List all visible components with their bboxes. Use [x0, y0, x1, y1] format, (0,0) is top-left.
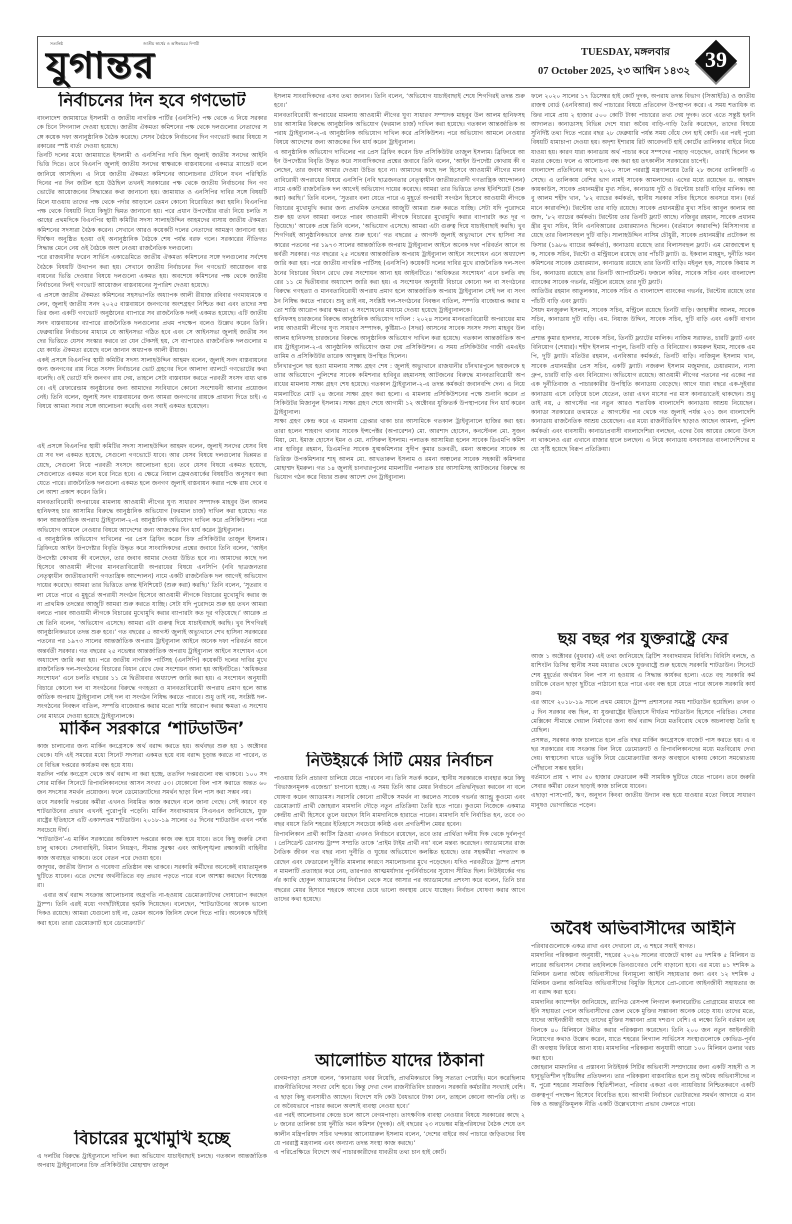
- paragraph: এ আনুষ্ঠানিক অভিযোগ দাখিলের পর প্রেস ব্র…: [274, 148, 525, 315]
- headline: আলোচিত যাদের ঠিকানা: [274, 1052, 525, 1074]
- paragraph: আজ ১ অক্টোবর (বুধবার) এই তথ্য জানিয়েছে …: [531, 652, 755, 698]
- article-return-us: ছয় বছর পর যুক্তরাষ্ট্রে ফের আজ ১ অক্টোব…: [531, 630, 755, 920]
- paragraph: সৈয়দ মনজুরুল ইসলাম, সাবেক সচিব, মন্ট্রি…: [531, 306, 755, 334]
- column-2: ইসলাম সাংবাদিকদের এসব তথ্য জানান। তিনি ব…: [274, 92, 525, 1194]
- paragraph: বর্তমানে প্রায় ৭ লাখ ৫০ হাজার ফেডারেল ক…: [531, 773, 755, 792]
- paragraph: এই প্রসঙ্গে বিএনপির স্থায়ী কমিটির সদস্য…: [37, 442, 267, 498]
- paragraph: এ আনুষ্ঠানিক অভিযোগ দাখিলের পর প্রেস ব্র…: [37, 535, 267, 721]
- page-number-badge: 39: [695, 40, 737, 82]
- paragraph: চাঁনখারপুলে ছয় হত্যা মামলায় সাক্ষ্য গ্…: [274, 362, 525, 418]
- paragraph: এবার অর্থ বরাদ্দ সংক্রান্ত আলোচনায় অগ্র…: [37, 891, 267, 928]
- paragraph: ফলে ২০২০ সালের ১৭ ডিসেম্বর হাই কোর্ট দুদ…: [531, 92, 755, 166]
- masthead: সত্যনিষ্ঠ জাতীয় স্বার্থের ও অধিকারের দি…: [37, 36, 750, 88]
- paragraph: পাওয়ায় তিনি প্রচারণা চালিয়ে যেতে পারব…: [274, 774, 525, 830]
- paragraph: রিপাবলিকান প্রার্থী কার্টিস স্লিওয়া এখন…: [274, 830, 525, 904]
- article-us-shutdown: মার্কিন সরকারে ‘শাটডাউন’ কাজ চালানোর জন্…: [37, 720, 267, 1080]
- paragraph: কাজ চালানোর জন্য মার্কিন কংগ্রেসকে অর্থ …: [37, 742, 267, 770]
- paragraph: প্রসঙ্গত, সরকার কাজ চালাতে হলে প্রতি বছর…: [531, 736, 755, 773]
- headline: মার্কিন সরকারে ‘শাটডাউন’: [37, 720, 267, 742]
- article-nyc-mayor: নিউইয়র্কে সিটি মেয়র নির্বাচন পাওয়ায় …: [274, 752, 525, 1052]
- paragraph: মামদানির ক্যাম্পেইন জানিয়েছে, র‍্যাপিড …: [531, 998, 755, 1063]
- paragraph: এ দলটির বিরুদ্ধে ট্রাইব্যুনালে দাখিল করা…: [37, 1152, 267, 1171]
- paragraph: আতিউর রহমান আতুলকার, সাবেক সচিব ও বাংলাদ…: [531, 287, 755, 306]
- headline: ছয় বছর পর যুক্তরাষ্ট্রে ফের: [531, 630, 755, 652]
- paragraph: মামদানির পরিকল্পনা অনুযায়ী, শহরের ২০২৬ …: [531, 951, 755, 997]
- paragraph: ‘শাটডাউন’-এ মার্কিন সরকারের অধিকাংশ দপ্ত…: [37, 835, 267, 863]
- paragraph: পরিবারগুলোকে একত্র রাখা এবং দেখানো যে, এ…: [531, 942, 755, 951]
- article-trial-cont: ইসলাম সাংবাদিকদের এসব তথ্য জানান। তিনি ব…: [274, 92, 525, 747]
- paragraph: পরে রাজধানীর ফরেন সার্ভিস একাডেমিতে জাতী…: [37, 253, 267, 290]
- paragraph: জাদুঘর, জাতীয় উদ্যান ও গবেষণা প্রতিষ্ঠা…: [37, 863, 267, 891]
- paragraph: তিনটি দলের মধ্যে জামায়াতে ইসলামী ও এনসি…: [37, 151, 267, 253]
- paragraph: হানিফসহ চারজনের বিরুদ্ধে আনুষ্ঠানিক অভিয…: [274, 315, 525, 361]
- paragraph: এ প্রসঙ্গে জাতীয় ঐকমত্য কমিশনের সহসভাপত…: [37, 291, 267, 356]
- page-number: 39: [695, 47, 737, 73]
- newspaper-logo: যুগান্তর: [46, 42, 155, 88]
- issue-full-date: 07 October 2025, ২৩ আশ্বিন ১৪৩২: [538, 64, 690, 81]
- article-addresses: আলোচিত যাদের ঠিকানা বেগমপাড়া প্রসঙ্গে ব…: [274, 1052, 525, 1194]
- headline: নির্বাচনের দিন হবে গণভোট: [37, 92, 267, 114]
- paragraph: যতদিন পর্যন্ত কংগ্রেস থেকে অর্থ বরাদ্দ ন…: [37, 770, 267, 798]
- article-illegal-immigrants: অবৈধ অভিবাসীদের আইনি পরিবারগুলোকে একত্র …: [531, 920, 755, 1194]
- issue-day: TUESDAY, মঙ্গলবার: [581, 45, 670, 62]
- paragraph: একই প্রসঙ্গে বিএনপির স্থায়ী কমিটির সদস্…: [37, 356, 267, 412]
- paragraph: এ পরিপ্রেক্ষিতে বিদেশে অর্থ পাচারকারীদের…: [274, 1148, 525, 1157]
- paragraph: মানবতাবিরোধী অপরাধের মামলায় আওয়ামী লীগ…: [274, 111, 525, 148]
- paragraph: এছাড়া পাসপোর্ট, ঋণ, অনুদান কিংবা জাতীয়…: [531, 791, 755, 810]
- paragraph: জোহরান মামদানির এ প্রস্তাবনা নিউইয়র্ক স…: [531, 1063, 755, 1109]
- article-trial: বিচারের মুখোমুখি হচ্ছে এ দলটির বিরুদ্ধে …: [37, 1130, 267, 1190]
- paragraph: তবে সরকারি দপ্তরের কর্মীরা এখনও নিয়মিত …: [37, 798, 267, 835]
- column-1: নির্বাচনের দিন হবে গণভোট বাংলাদেশ জামায়…: [37, 92, 267, 1194]
- paragraph: বাংলাদেশ প্রতিদিনের কাছে ২০২০ সালে পররাষ…: [531, 166, 755, 287]
- paragraph: বাংলাদেশ জামায়াতে ইসলামী ও জাতীয় নাগরি…: [37, 114, 267, 151]
- headline: বিচারের মুখোমুখি হচ্ছে: [37, 1130, 267, 1152]
- paragraph: সাক্ষ্য গ্রহণ কেন্দ্র করে এ মামলায় গ্রে…: [274, 417, 525, 482]
- paragraph: প্রশান্ত কুমার হালদার, সাবেক সচিব, তিনটি…: [531, 334, 755, 455]
- paragraph: ইসলাম সাংবাদিকদের এসব তথ্য জানান। তিনি ব…: [274, 92, 525, 111]
- paragraph: বেগমপাড়া প্রসঙ্গে বলেন, ‘কানাডায় খবর ন…: [274, 1074, 525, 1111]
- paragraph: এর আগে ২০১৮-১৯ সালে প্রথম মেয়াদে ট্রাম্…: [531, 698, 755, 735]
- paragraph: এর পরই আলোচনার কেন্দ্রে চলে আসে বেগমপাড়…: [274, 1111, 525, 1148]
- article-addresses-cont: ফলে ২০২০ সালের ১৭ ডিসেম্বর হাই কোর্ট দুদ…: [531, 92, 755, 627]
- headline: নিউইয়র্কে সিটি মেয়র নির্বাচন: [274, 752, 525, 774]
- paragraph: মানবতাবিরোধী অপরাধের মামলায় আওয়ামী লীগ…: [37, 498, 267, 535]
- article-election-day: নির্বাচনের দিন হবে গণভোট বাংলাদেশ জামায়…: [37, 92, 267, 442]
- headline: অবৈধ অভিবাসীদের আইনি: [531, 920, 755, 942]
- column-3: ফলে ২০২০ সালের ১৭ ডিসেম্বর হাই কোর্ট দুদ…: [531, 92, 755, 1194]
